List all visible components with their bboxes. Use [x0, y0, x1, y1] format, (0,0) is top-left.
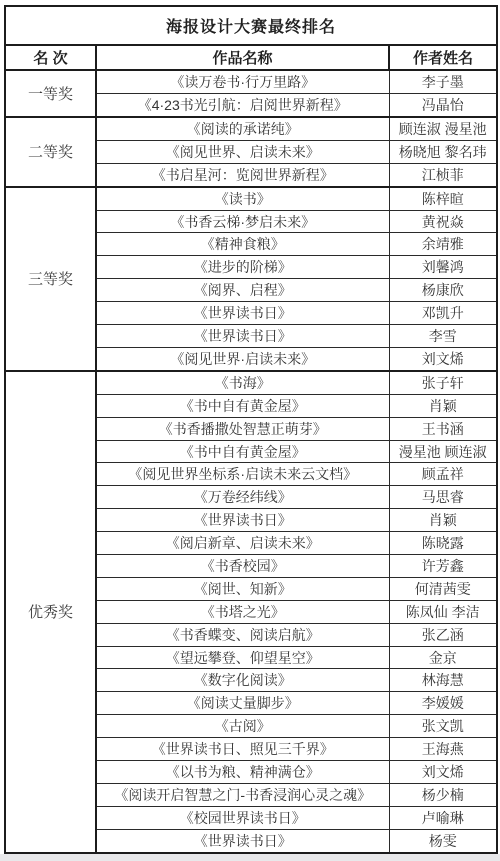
- work-title-cell: 《阅读丈量脚步》: [96, 692, 389, 715]
- column-header-rank: 名 次: [5, 45, 96, 70]
- author-name-cell: 刘文烯: [389, 347, 497, 370]
- work-title-cell: 《世界读书日、照见三千界》: [96, 738, 389, 761]
- author-name-cell: 杨少楠: [389, 783, 497, 806]
- work-title-cell: 《4·23书光引航：启阅世界新程》: [96, 93, 389, 116]
- author-name-cell: 余靖雅: [389, 233, 497, 256]
- table-head: 海报设计大赛最终排名 名 次 作品名称 作者姓名: [5, 6, 497, 70]
- table-row: 三等奖《读书》陈梓暄: [5, 187, 497, 210]
- rank-cell: 一等奖: [5, 70, 96, 117]
- author-name-cell: 邓凯升: [389, 302, 497, 325]
- author-name-cell: 漫星池 顾连淑: [389, 440, 497, 463]
- ranking-table-body: 一等奖《读万卷书·行万里路》李子墨《4·23书光引航：启阅世界新程》冯晶怡二等奖…: [5, 70, 497, 853]
- work-title-cell: 《书中自有黄金屋》: [96, 440, 389, 463]
- author-name-cell: 杨康欣: [389, 279, 497, 302]
- table-title: 海报设计大赛最终排名: [5, 6, 497, 45]
- author-name-cell: 王书涵: [389, 417, 497, 440]
- work-title-cell: 《阅见世界·启读未来》: [96, 347, 389, 370]
- work-title-cell: 《万卷经纬线》: [96, 486, 389, 509]
- work-title-cell: 《望远攀登、仰望星空》: [96, 646, 389, 669]
- author-name-cell: 林海慧: [389, 669, 497, 692]
- author-name-cell: 杨晓旭 黎名玮: [389, 140, 497, 163]
- work-title-cell: 《世界读书日》: [96, 325, 389, 348]
- work-title-cell: 《书海》: [96, 371, 389, 394]
- work-title-cell: 《阅读开启智慧之门-书香浸润心灵之魂》: [96, 783, 389, 806]
- work-title-cell: 《书启星河：览阅世界新程》: [96, 163, 389, 186]
- rank-cell: 二等奖: [5, 117, 96, 187]
- table-title-row: 海报设计大赛最终排名: [5, 6, 497, 45]
- work-title-cell: 《校园世界读书日》: [96, 806, 389, 829]
- work-title-cell: 《世界读书日》: [96, 509, 389, 532]
- author-name-cell: 刘馨鸿: [389, 256, 497, 279]
- author-name-cell: 金京: [389, 646, 497, 669]
- work-title-cell: 《阅读的承诺纯》: [96, 117, 389, 140]
- column-header-author: 作者姓名: [389, 45, 497, 70]
- work-title-cell: 《以书为粮、精神满仓》: [96, 761, 389, 784]
- table-row: 一等奖《读万卷书·行万里路》李子墨: [5, 70, 497, 93]
- author-name-cell: 何清茜雯: [389, 577, 497, 600]
- author-name-cell: 顾孟祥: [389, 463, 497, 486]
- work-title-cell: 《书塔之光》: [96, 600, 389, 623]
- work-title-cell: 《世界读书日》: [96, 302, 389, 325]
- work-title-cell: 《读书》: [96, 187, 389, 210]
- author-name-cell: 冯晶怡: [389, 93, 497, 116]
- work-title-cell: 《书香播撒处智慧正萌芽》: [96, 417, 389, 440]
- work-title-cell: 《数字化阅读》: [96, 669, 389, 692]
- author-name-cell: 张文凯: [389, 715, 497, 738]
- work-title-cell: 《阅界、启程》: [96, 279, 389, 302]
- page: 海报设计大赛最终排名 名 次 作品名称 作者姓名 一等奖《读万卷书·行万里路》李…: [0, 0, 500, 861]
- author-name-cell: 张子轩: [389, 371, 497, 394]
- author-name-cell: 刘文烯: [389, 761, 497, 784]
- rank-cell: 三等奖: [5, 187, 96, 371]
- work-title-cell: 《古阅》: [96, 715, 389, 738]
- author-name-cell: 黄祝焱: [389, 210, 497, 233]
- author-name-cell: 李雪: [389, 325, 497, 348]
- work-title-cell: 《精神食粮》: [96, 233, 389, 256]
- author-name-cell: 王海燕: [389, 738, 497, 761]
- author-name-cell: 张乙涵: [389, 623, 497, 646]
- work-title-cell: 《书香校园》: [96, 555, 389, 578]
- work-title-cell: 《世界读书日》: [96, 829, 389, 853]
- work-title-cell: 《阅见世界坐标系·启读未来云文档》: [96, 463, 389, 486]
- table-row: 优秀奖《书海》张子轩: [5, 371, 497, 394]
- work-title-cell: 《阅世、知新》: [96, 577, 389, 600]
- work-title-cell: 《阅见世界、启读未来》: [96, 140, 389, 163]
- work-title-cell: 《进步的阶梯》: [96, 256, 389, 279]
- work-title-cell: 《书中自有黄金屋》: [96, 394, 389, 417]
- work-title-cell: 《书香蝶变、阅读启航》: [96, 623, 389, 646]
- author-name-cell: 卢喻琳: [389, 806, 497, 829]
- author-name-cell: 陈晓露: [389, 532, 497, 555]
- author-name-cell: 许芳鑫: [389, 555, 497, 578]
- author-name-cell: 肖颖: [389, 509, 497, 532]
- work-title-cell: 《读万卷书·行万里路》: [96, 70, 389, 93]
- author-name-cell: 肖颖: [389, 394, 497, 417]
- author-name-cell: 杨雯: [389, 829, 497, 853]
- author-name-cell: 陈凤仙 李洁: [389, 600, 497, 623]
- table-row: 二等奖《阅读的承诺纯》顾连淑 漫星池: [5, 117, 497, 140]
- column-header-work: 作品名称: [96, 45, 389, 70]
- author-name-cell: 顾连淑 漫星池: [389, 117, 497, 140]
- author-name-cell: 李子墨: [389, 70, 497, 93]
- author-name-cell: 陈梓暄: [389, 187, 497, 210]
- work-title-cell: 《书香云梯·梦启未来》: [96, 210, 389, 233]
- author-name-cell: 马思睿: [389, 486, 497, 509]
- table-header-row: 名 次 作品名称 作者姓名: [5, 45, 497, 70]
- work-title-cell: 《阅启新章、启读未来》: [96, 532, 389, 555]
- author-name-cell: 李媛媛: [389, 692, 497, 715]
- author-name-cell: 江桢菲: [389, 163, 497, 186]
- bottom-strip: [0, 854, 500, 861]
- rank-cell: 优秀奖: [5, 371, 96, 853]
- ranking-table: 海报设计大赛最终排名 名 次 作品名称 作者姓名 一等奖《读万卷书·行万里路》李…: [4, 5, 498, 854]
